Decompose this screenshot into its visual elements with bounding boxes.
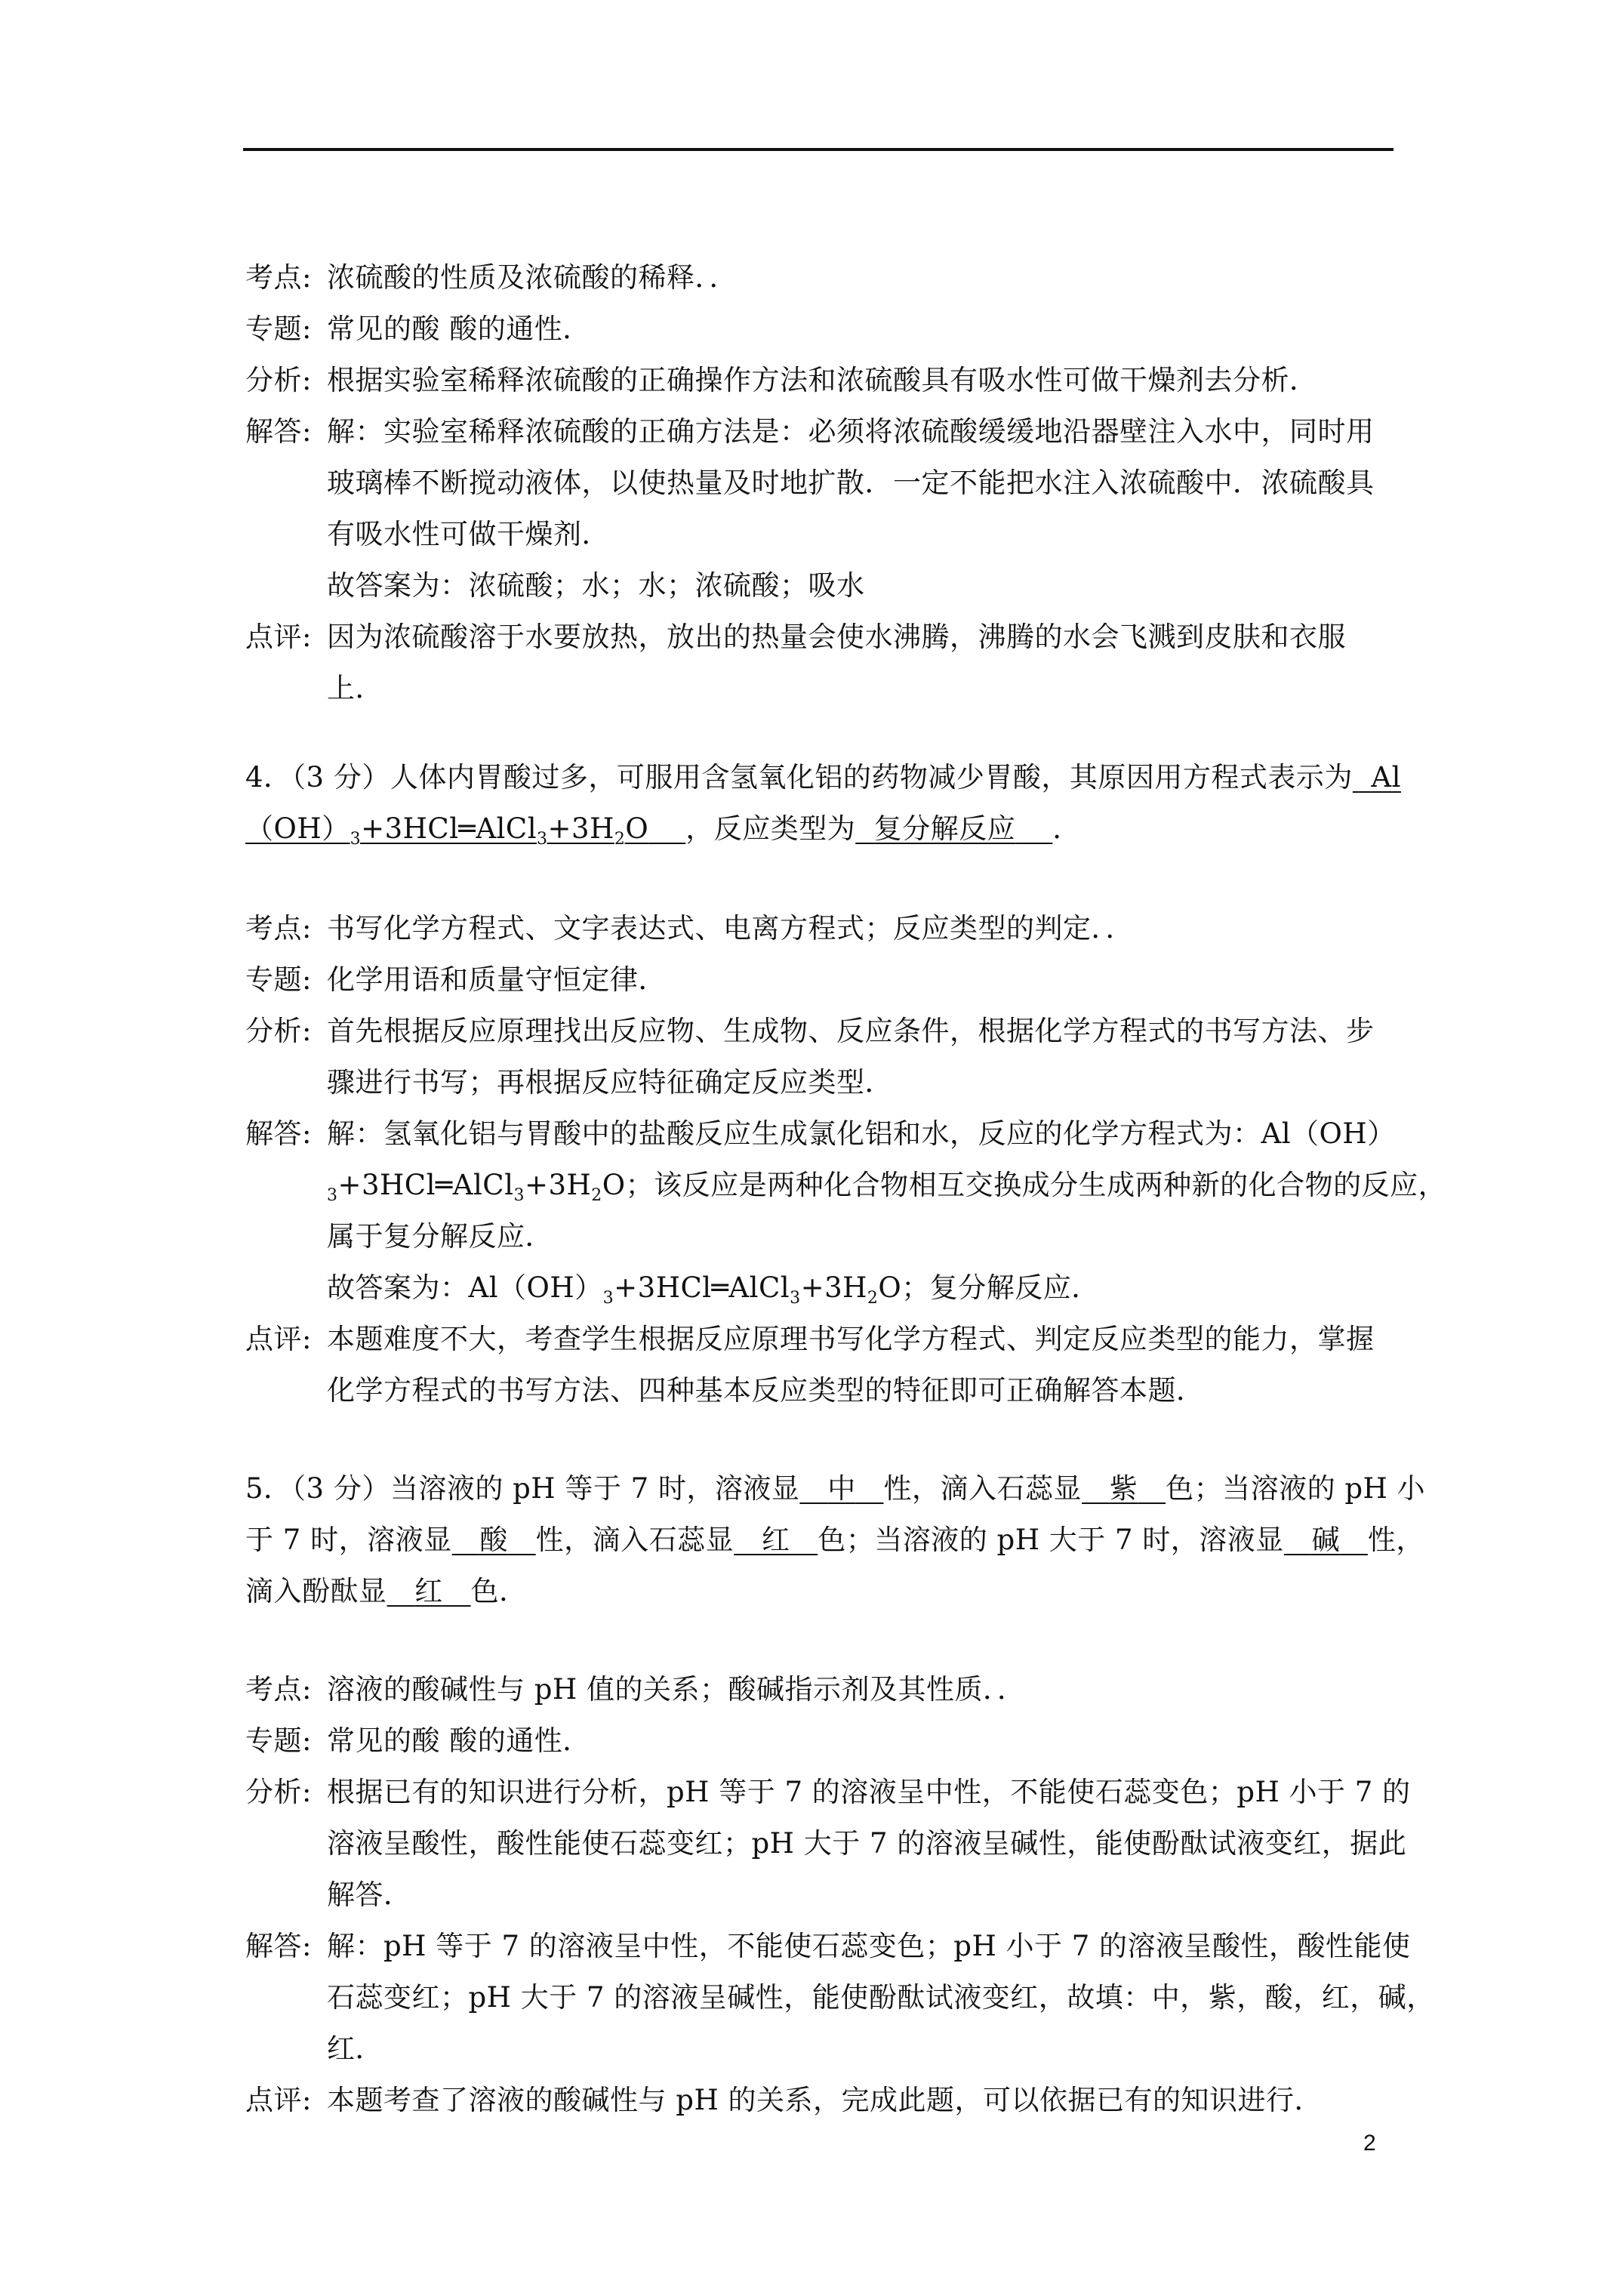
q3-dianping: 点评:因为浓硫酸溶于水要放热，放出的热量会使水沸腾，沸腾的水会飞溅到皮肤和衣服 xyxy=(245,621,1346,654)
q5-dianping: 点评:本题考查了溶液的酸碱性与 pH 的关系，完成此题，可以依据已有的知识进行． xyxy=(245,2084,1323,2117)
q5-blank-3: 酸 xyxy=(452,1524,536,1556)
q3-dianping-line: 上． xyxy=(327,672,383,705)
q4-stem: 4．（3 分）人体内胃酸过多，可服用含氢氧化铝的药物减少胃酸，其原因用方程式表示… xyxy=(245,761,1401,794)
q5-blank-1: 中 xyxy=(799,1472,883,1505)
q3-jieda-line: 有吸水性可做干燥剂． xyxy=(327,518,610,551)
q4-type-blank: 复分解反应 xyxy=(855,812,1052,845)
q5-stem-line3: 滴入酚酞显 红 色． xyxy=(245,1575,528,1608)
q4-dianping: 点评:本题难度不大，考查学生根据反应原理书写化学方程式、判定反应类型的能力，掌握 xyxy=(245,1323,1375,1356)
q4-jieda-line: 3+3HCl═AlCl3+3H2O；该反应是两种化合物相互交换成分生成两种新的化… xyxy=(327,1169,1446,1202)
q3-kaodian: 考点:浓硫酸的性质及浓硫酸的稀释．． xyxy=(245,261,738,294)
q5-stem: 5．（3 分）当溶液的 pH 等于 7 时，溶液显 中 性，滴入石蕊显 紫 色；… xyxy=(245,1472,1425,1505)
q4-fenxi-line: 骤进行书写；再根据反应特征确定反应类型． xyxy=(327,1066,893,1099)
q5-blank-4: 红 xyxy=(734,1524,818,1556)
q4-equation-blank: （OH）3+3HCl═AlCl3+3H2O xyxy=(245,812,685,845)
q4-answer: 故答案为：Al（OH）3+3HCl═AlCl3+3H2O；复分解反应． xyxy=(327,1271,1100,1305)
q5-blank-2: 紫 xyxy=(1082,1472,1166,1505)
q3-answer: 故答案为：浓硫酸；水；水；浓硫酸；吸水 xyxy=(327,569,865,603)
q4-answer-blank: Al xyxy=(1353,761,1401,794)
q3-zhuanti: 专题:常见的酸 酸的通性． xyxy=(245,313,591,346)
q5-jieda-line: 石蕊变红；pH 大于 7 的溶液呈碱性，能使酚酞试液变红，故填：中，紫，酸，红，… xyxy=(327,1981,1435,2014)
q4-jieda-line: 属于复分解反应． xyxy=(327,1220,553,1253)
q4-kaodian: 考点:书写化学方程式、文字表达式、电离方程式；反应类型的判定．． xyxy=(245,912,1134,945)
q4-zhuanti: 专题:化学用语和质量守恒定律． xyxy=(245,963,667,997)
q5-zhuanti: 专题:常见的酸 酸的通性． xyxy=(245,1724,591,1758)
q4-stem-line2: （OH）3+3HCl═AlCl3+3H2O ，反应类型为 复分解反应 ． xyxy=(245,812,1081,846)
page-number: 2 xyxy=(1363,2131,1376,2156)
q5-blank-6: 红 xyxy=(387,1575,471,1607)
q5-fenxi-line: 溶液呈酸性，酸性能使石蕊变红；pH 大于 7 的溶液呈碱性，能使酚酞试液变红，据… xyxy=(327,1827,1406,1860)
q5-stem-line2: 于 7 时，溶液显 酸 性，滴入石蕊显 红 色；当溶液的 pH 大于 7 时，溶… xyxy=(245,1524,1424,1557)
q4-dianping-line: 化学方程式的书写方法、四种基本反应类型的特征即可正确解答本题． xyxy=(327,1374,1205,1407)
q4-jieda: 解答:解：氢氧化铝与胃酸中的盐酸反应生成氯化铝和水，反应的化学方程式为：Al（O… xyxy=(245,1117,1396,1151)
q3-fenxi: 分析:根据实验室稀释浓硫酸的正确操作方法和浓硫酸具有吸水性可做干燥剂去分析． xyxy=(245,364,1318,397)
header-rule xyxy=(243,148,1394,151)
q5-blank-5: 碱 xyxy=(1284,1524,1368,1556)
q5-kaodian: 考点:溶液的酸碱性与 pH 值的关系；酸碱指示剂及其性质．． xyxy=(245,1673,1025,1706)
q5-jieda: 解答:解：pH 等于 7 的溶液呈中性，不能使石蕊变色；pH 小于 7 的溶液呈… xyxy=(245,1930,1411,1963)
q3-jieda-line: 玻璃棒不断搅动液体，以使热量及时地扩散．一定不能把水注入浓硫酸中．浓硫酸具 xyxy=(327,467,1375,500)
q5-fenxi-line: 解答． xyxy=(327,1878,412,1912)
q4-fenxi: 分析:首先根据反应原理找出反应物、生成物、反应条件，根据化学方程式的书写方法、步 xyxy=(245,1015,1375,1048)
q3-jieda: 解答:解：实验室稀释浓硫酸的正确方法是：必须将浓硫酸缓缓地沿器壁注入水中，同时用 xyxy=(245,415,1375,448)
q5-fenxi: 分析:根据已有的知识进行分析，pH 等于 7 的溶液呈中性，不能使石蕊变色；pH… xyxy=(245,1776,1411,1809)
q5-jieda-line: 红． xyxy=(327,2032,383,2066)
